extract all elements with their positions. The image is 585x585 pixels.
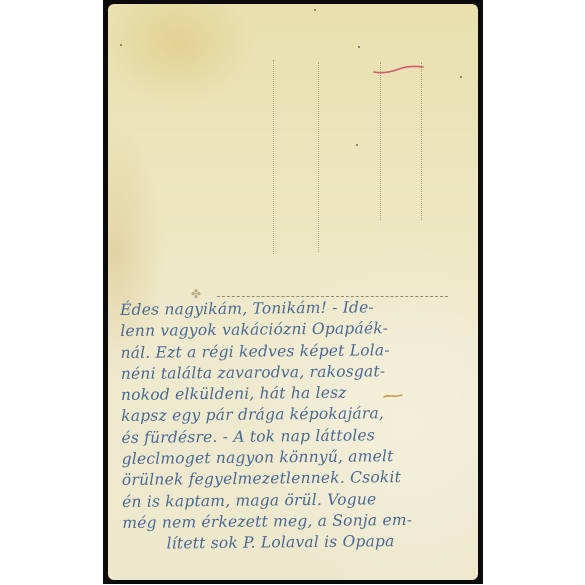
postcard-back: ✤ Édes nagyikám, Tonikám! - Ide- lenn va… bbox=[108, 4, 478, 580]
dust-spot bbox=[358, 46, 360, 48]
stamp-guide-line-3 bbox=[380, 62, 381, 220]
message-signature-line: lített sok P. Lolaval is Opapa bbox=[122, 531, 474, 556]
stamp-guide-line-4 bbox=[421, 62, 422, 220]
red-pencil-mark bbox=[373, 64, 425, 76]
dust-spot bbox=[356, 144, 358, 146]
stamp-guide-line-1 bbox=[273, 60, 274, 254]
dust-spot bbox=[120, 44, 122, 46]
stamp-guide-line-2 bbox=[318, 62, 319, 252]
dust-spot bbox=[460, 76, 462, 78]
dust-spot bbox=[314, 9, 316, 11]
handwritten-message: Édes nagyikám, Tonikám! - Ide- lenn vagy… bbox=[120, 296, 475, 555]
